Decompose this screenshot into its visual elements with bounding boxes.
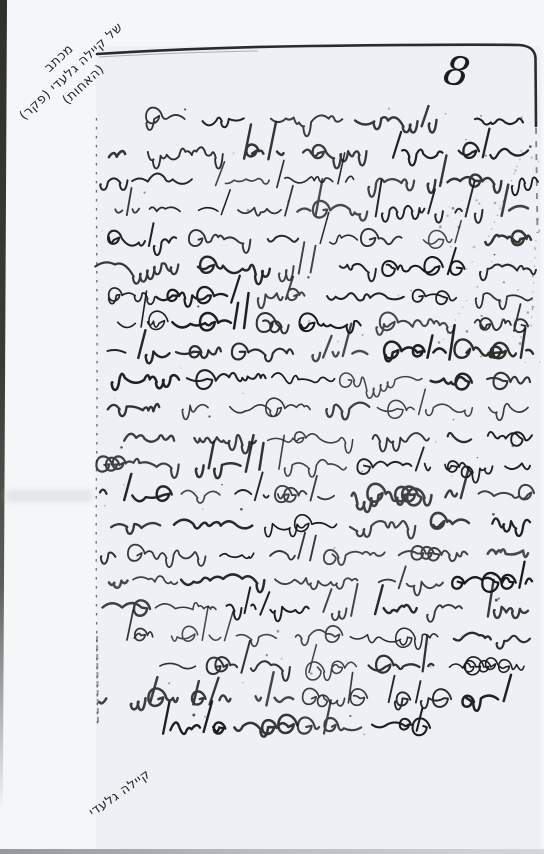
scanned-letter-page: מכתב של קיילה גלעדי (פקר) (האחות) 8 קייל…	[0, 0, 544, 854]
handwriting-layer	[0, 0, 544, 854]
